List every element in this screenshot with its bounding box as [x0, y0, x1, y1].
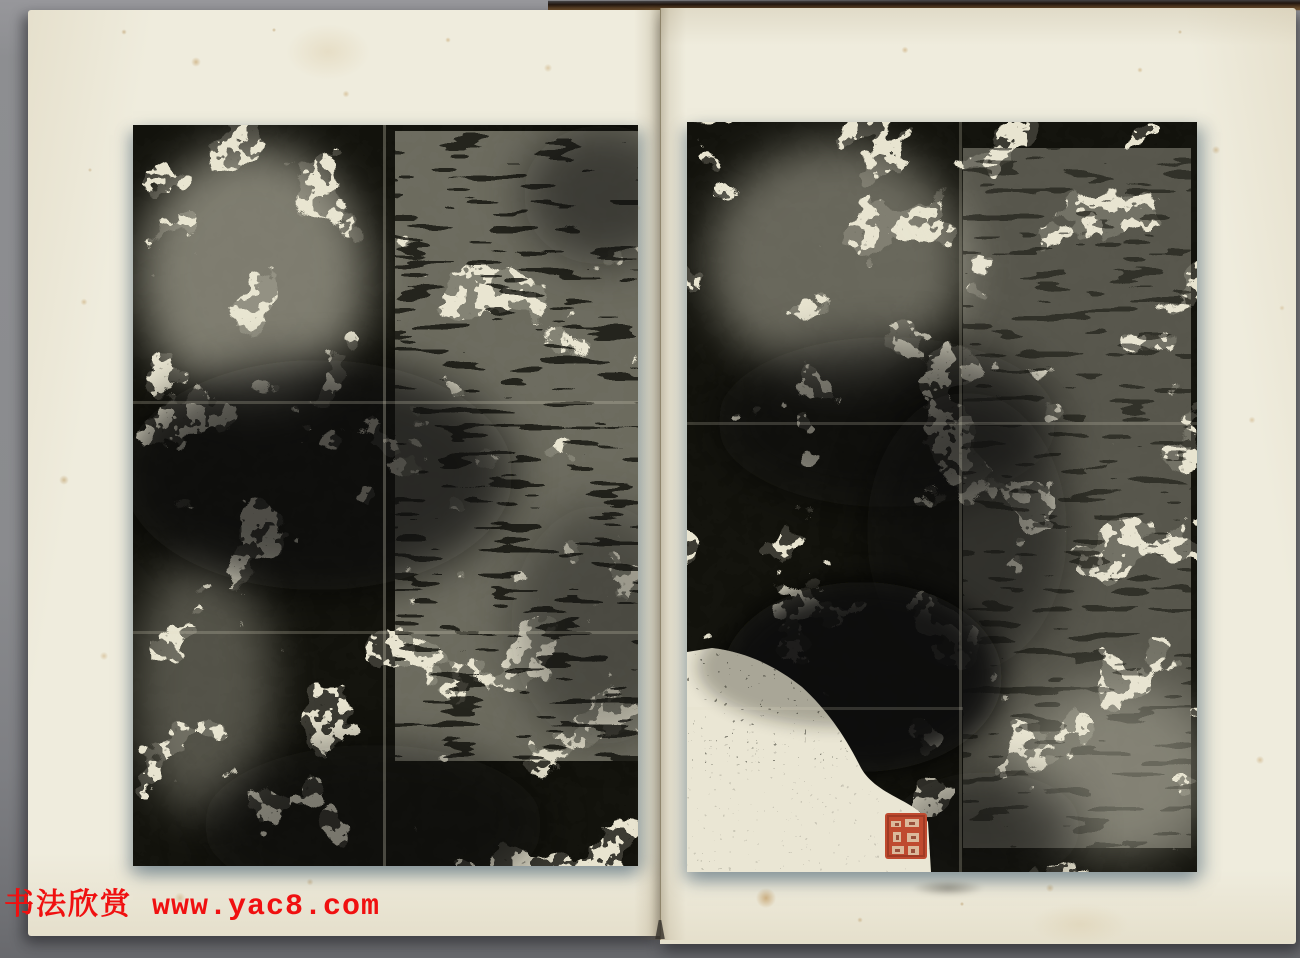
rubbing-texture-left [133, 125, 638, 866]
ink-smudge [912, 880, 984, 896]
watermark-site-name: 书法欣赏 [4, 890, 132, 920]
watermark-site-url: www.yac8.com [152, 892, 380, 922]
rubbing-panel-left [133, 125, 638, 866]
rubbing-texture-right [687, 122, 1197, 872]
center-fold [634, 8, 686, 940]
red-seal-stamp-icon [885, 813, 927, 859]
scanned-rubbing-album-photo: 书法欣赏 www.yac8.com [0, 0, 1300, 958]
watermark: 书法欣赏 www.yac8.com [4, 890, 380, 922]
rubbing-panel-right [687, 122, 1197, 872]
